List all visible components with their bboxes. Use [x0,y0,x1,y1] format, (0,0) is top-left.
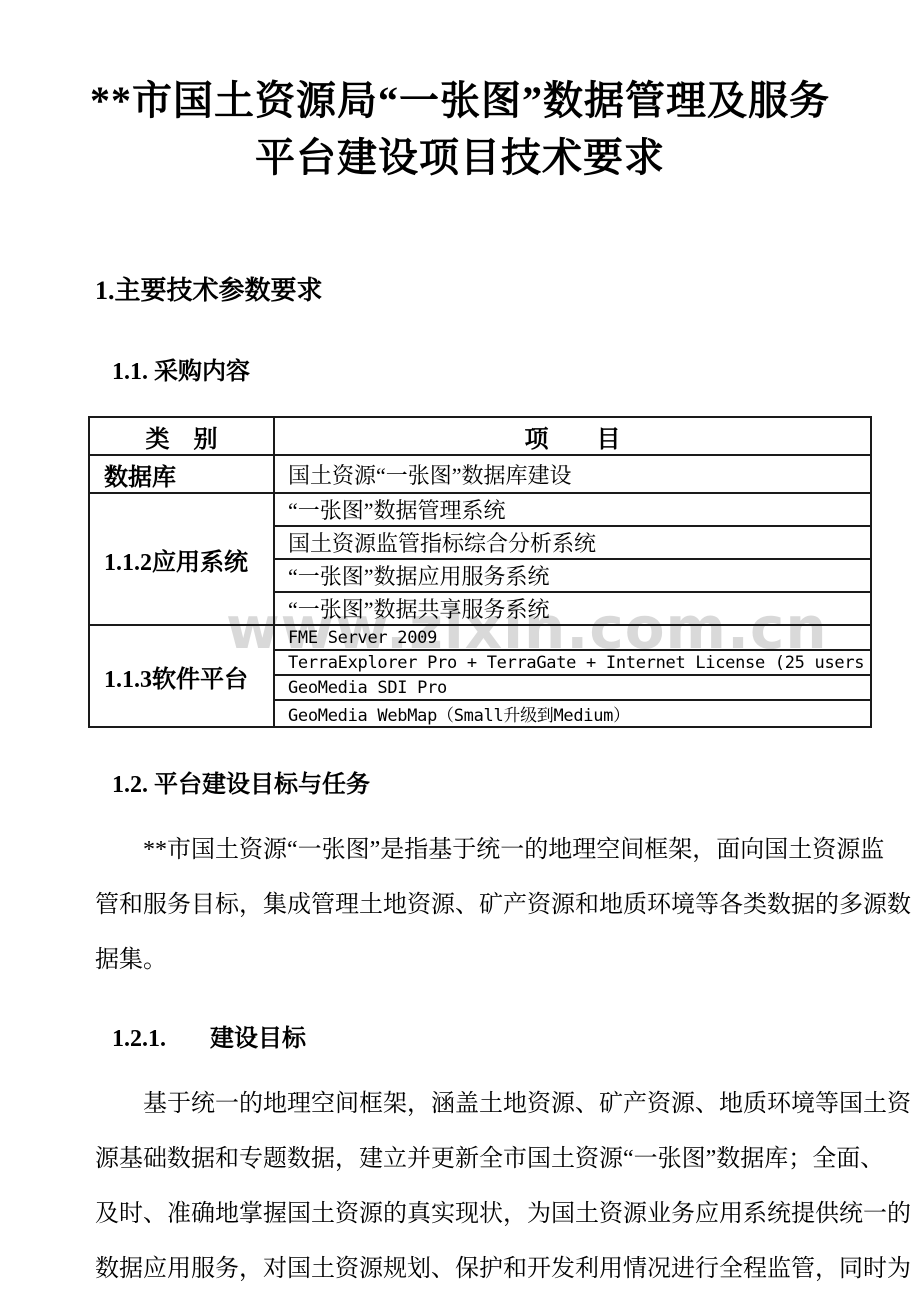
heading-number: 1.2.1. [112,1026,166,1053]
paragraph-line: 及时、准确地掌握国土资源的真实现状，为国土资源业务应用系统提供统一的 [95,1187,863,1242]
item-supervision-analysis-system: 国土资源监管指标综合分析系统 [274,526,871,559]
item-terraexplorer-license: TerraExplorer Pro + TerraGate + Internet… [274,650,871,675]
paragraph-line: 数据应用服务，对国土资源规划、保护和开发利用情况进行全程监管，同时为 [95,1242,863,1297]
paragraph-line: 源基础数据和专题数据，建立并更新全市国土资源“一张图”数据库；全面、 [95,1132,863,1187]
paragraph-line: 基于统一的地理空间框架，涵盖土地资源、矿产资源、地质环境等国土资 [95,1077,863,1132]
item-data-management-system: “一张图”数据管理系统 [274,493,871,526]
table-header-row: 类 别 项 目 [89,417,871,455]
document-title-line2: 平台建设项目技术要求 [0,129,920,186]
paragraph-line: **市国土资源“一张图”是指基于统一的地理空间框架，面向国土资源监 [95,823,863,878]
table-row: 1.1.3软件平台 FME Server 2009 [89,625,871,650]
heading-text: 建设目标 [210,1018,306,1053]
paragraph-line: 管和服务目标，集成管理土地资源、矿产资源和地质环境等各类数据的多源数 [95,878,863,933]
item-geomedia-webmap: GeoMedia WebMap（Small升级到Medium） [274,700,871,727]
heading-main-technical-parameters: 1.主要技术参数要求 [95,270,920,307]
category-software-platform: 1.1.3软件平台 [89,625,274,727]
table-row: 1.1.2应用系统 “一张图”数据管理系统 [89,493,871,526]
paragraph-construction-goal: 基于统一的地理空间框架，涵盖土地资源、矿产资源、地质环境等国土资 源基础数据和专… [95,1077,863,1297]
category-database: 数据库 [89,455,274,493]
item-data-sharing-service-system: “一张图”数据共享服务系统 [274,592,871,625]
document-title: **市国土资源局“一张图”数据管理及服务 平台建设项目技术要求 [0,0,920,186]
document-page: www.zlxin.com.cn **市国土资源局“一张图”数据管理及服务 平台… [0,0,920,1302]
paragraph-overview: **市国土资源“一张图”是指基于统一的地理空间框架，面向国土资源监 管和服务目标… [95,823,863,988]
item-database-construction: 国土资源“一张图”数据库建设 [274,455,871,493]
document-content: **市国土资源局“一张图”数据管理及服务 平台建设项目技术要求 1.主要技术参数… [0,0,920,1297]
heading-platform-goals-tasks: 1.2. 平台建设目标与任务 [112,764,920,799]
item-fme-server: FME Server 2009 [274,625,871,650]
procurement-table: 类 别 项 目 数据库 国土资源“一张图”数据库建设 1.1.2应用系统 “一张… [88,416,872,728]
table-header-category: 类 别 [89,417,274,455]
table-row: 数据库 国土资源“一张图”数据库建设 [89,455,871,493]
item-geomedia-sdi-pro: GeoMedia SDI Pro [274,675,871,700]
table-header-item: 项 目 [274,417,871,455]
paragraph-line: 据集。 [95,933,863,988]
document-title-line1: **市国土资源局“一张图”数据管理及服务 [0,72,920,129]
item-data-application-service-system: “一张图”数据应用服务系统 [274,559,871,592]
heading-procurement-content: 1.1. 采购内容 [112,351,920,386]
category-application-systems: 1.1.2应用系统 [89,493,274,625]
heading-construction-goal: 1.2.1.建设目标 [112,1018,920,1053]
